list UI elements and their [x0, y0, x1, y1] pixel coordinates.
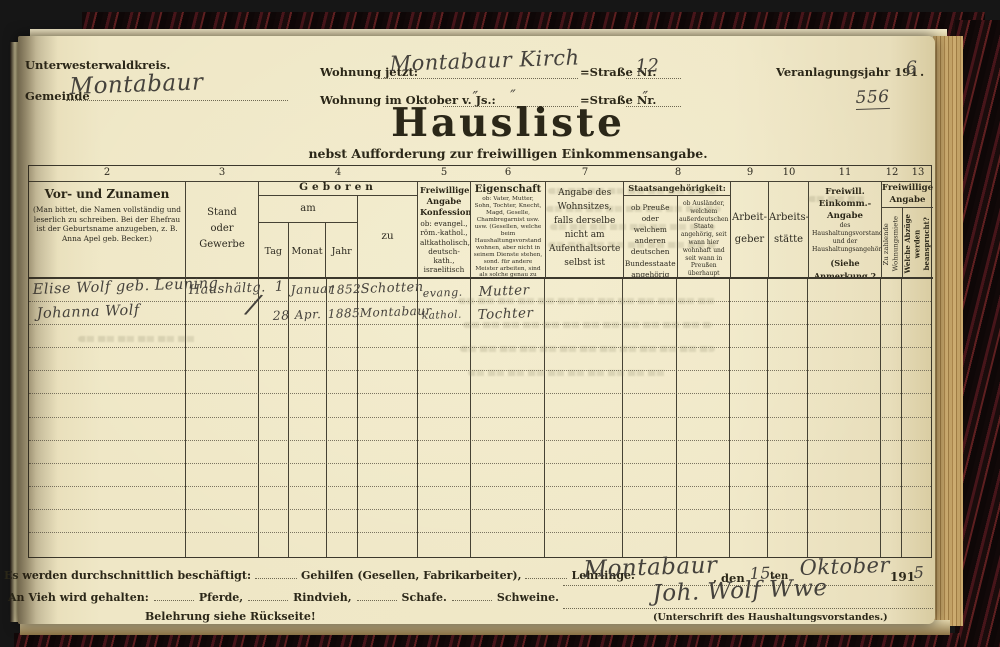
header-eigenschaft-note: ob: Vater, Mutter, Sohn, Tochter, Knecht…: [473, 196, 543, 279]
binding-shadow: [18, 36, 58, 624]
header-arbeitsstaette-line1: Arbeits-: [769, 207, 808, 229]
col-number-13: 13: [903, 167, 933, 178]
col-number-10: 10: [774, 167, 804, 178]
form-subtitle: nebst Aufforderung zur freiwilligen Eink…: [258, 146, 758, 161]
header-jahr-label: Jahr: [326, 223, 357, 279]
footer-line1-mid: Gehilfen (Gesellen, Fabrikarbeiter),: [301, 569, 521, 582]
col-number-11: 11: [830, 167, 860, 178]
footer-vieh-pferde: Pferde,: [199, 591, 243, 604]
footer-vieh-schafe: Schafe.: [402, 591, 447, 604]
veranlagungsjahr-label: Veranlagungsjahr 191: [776, 65, 918, 79]
belehrung-note: Belehrung siehe Rückseite!: [145, 610, 316, 623]
bleed-through-texture: [548, 242, 716, 248]
header-arbeitgeber-line2: geber: [731, 229, 768, 251]
header-konfession-title: Freiwillige Angabe Konfession: [420, 185, 468, 217]
header-konfession: Freiwillige Angabe Konfession ob: evange…: [418, 181, 471, 279]
col-number-9: 9: [735, 167, 765, 178]
header-eigenschaft-title: Eigenschaft: [473, 184, 543, 195]
header-einkommen-title: Freiwill. Einkomm.-Angabe: [812, 186, 878, 222]
form-title: Hausliste: [298, 104, 718, 143]
header-arbeitgeber: Arbeit- geber: [731, 181, 769, 279]
row1-tag: 1: [274, 279, 284, 295]
header-geboren-label: Geboren: [259, 181, 417, 196]
header-wohnungsmiete-text: Zu zahlende Wohnungsmiete: [882, 210, 901, 278]
footer-vieh-rindvieh: Rindvieh,: [293, 591, 351, 604]
header-monat-label: Monat: [289, 223, 327, 279]
date-year-printed: 191: [890, 570, 915, 584]
book-cover-bottom-edge: [14, 633, 960, 647]
bleed-through-texture: [546, 206, 721, 212]
bleed-through-texture: [808, 196, 866, 202]
header-konfession-note: ob: evangel., röm.-kathol., altkatholisc…: [420, 219, 468, 279]
header-eigenschaft: Eigenschaft ob: Vater, Mutter, Sohn, Toc…: [471, 181, 546, 279]
fill-in-line[interactable]: [357, 590, 397, 601]
bleed-through-texture: [550, 224, 715, 230]
header-tag-label: Tag: [259, 223, 289, 279]
fill-in-line[interactable]: [154, 590, 194, 601]
row2-eigenschaft: Tochter: [477, 305, 533, 323]
veranlagungsjahr-period: .: [920, 65, 924, 79]
footer-line-beschaeftigt: Es werden durchschnittlich beschäftigt: …: [4, 568, 635, 582]
row2-konfession: kathol.: [422, 309, 463, 322]
header-freiwillige-label: Freiwillige Angabe: [882, 181, 933, 208]
hausliste-table: 2 3 4 5 6 7 8 9 10 11 12 13 Vor- und Zun…: [28, 165, 932, 558]
row1-geburtsort: Schotten: [360, 280, 423, 297]
wohnung-jetzt-dotted: [378, 64, 578, 79]
row1-jahr: 1852: [329, 282, 362, 297]
header-arbeitsstaette: Arbeits- stätte: [769, 181, 809, 279]
strasse-nr-1-dotted: [626, 64, 681, 79]
header-arbeitgeber-line1: Arbeit-: [731, 207, 768, 229]
header-abzuege-text: Welche Abzüge werden beansprucht?: [903, 210, 931, 278]
date-city-handwritten: Montabaur: [583, 552, 718, 583]
bleed-through-texture: [463, 322, 713, 328]
footer-vieh-schweine: Schweine.: [497, 591, 559, 604]
fill-in-line[interactable]: [525, 568, 567, 579]
header-stand: Stand oder Gewerbe: [186, 181, 259, 279]
row2-jahr: 1885: [328, 306, 361, 321]
row2-monat: Apr.: [295, 307, 322, 322]
date-year-digit: 5: [913, 563, 924, 582]
fill-in-line[interactable]: [248, 590, 288, 601]
header-abzuege-vertical: Welche Abzüge werden beansprucht?: [903, 208, 932, 279]
header-wohnungsmiete-vertical: Zu zahlende Wohnungsmiete: [882, 208, 903, 279]
col-number-5: 5: [429, 167, 459, 178]
bleed-through-texture: [468, 370, 668, 376]
col-number-8: 8: [663, 167, 693, 178]
header-geboren-group: Geboren am Tag Monat Jahr zu: [259, 181, 418, 279]
header-arbeitsstaette-line2: stätte: [769, 229, 808, 251]
signature-caption: (Unterschrift des Haushaltungsvorstandes…: [653, 612, 888, 623]
hausliste-form-page: Unterwesterwaldkreis. Gemeinde Montabaur…: [18, 36, 935, 624]
header-zu-label: zu: [358, 196, 417, 279]
header-freiwillige-group: Freiwillige Angabe Zu zahlende Wohnungsm…: [882, 181, 933, 279]
header-wohnsitz: Angabe des Wohnsitzes, falls derselbe ni…: [546, 181, 624, 279]
signature-dotted-line: [563, 594, 933, 609]
header-am-label: am: [259, 196, 357, 223]
col-number-2: 2: [92, 167, 122, 178]
col-number-6: 6: [493, 167, 523, 178]
col-number-4: 4: [323, 167, 353, 178]
footer-line-vieh: An Vieh wird gehalten: Pferde, Rindvieh,…: [8, 590, 559, 604]
header-staat-group: Staatsangehörigkeit: ob Preuße oder welc…: [624, 181, 731, 279]
header-einkommen-note: des Haushaltungsvorstandes und der Haush…: [812, 222, 878, 254]
fill-in-line[interactable]: [255, 568, 297, 579]
page-stack-right: [933, 36, 963, 626]
col-number-7: 7: [570, 167, 600, 178]
bleed-through-texture: [548, 188, 718, 194]
bleed-through-texture: [460, 346, 715, 352]
bleed-through-texture: [458, 298, 718, 304]
header-stand-label: Stand oder Gewerbe: [199, 205, 245, 253]
gemeinde-dotted-line: [66, 86, 288, 101]
row2-tag: 28: [272, 307, 289, 323]
col-number-3: 3: [207, 167, 237, 178]
bleed-through-texture: [78, 336, 198, 342]
veranlagungsjahr-digit: 6: [905, 58, 918, 79]
header-einkommen-ref: (Siehe Anmerkung 2 Rückseite): [812, 257, 878, 279]
fill-in-line[interactable]: [452, 590, 492, 601]
folio-number: 556: [855, 87, 890, 110]
row1-konfession: evang.: [423, 286, 463, 300]
